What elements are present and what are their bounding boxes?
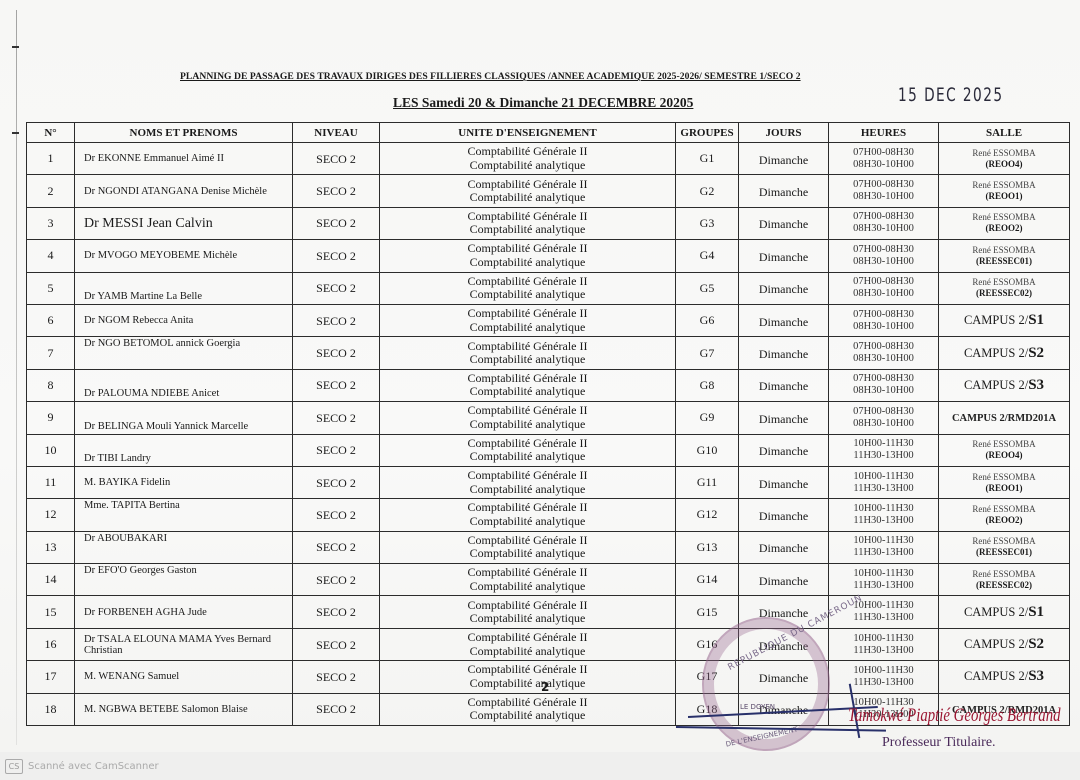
table-row: 8 Dr PALOUMA NDIEBE Anicet SECO 2 Compta…: [27, 369, 1070, 401]
salle-room: S3: [1028, 377, 1044, 393]
cell-name: Dr MESSI Jean Calvin: [75, 207, 293, 239]
cell-ue: Comptabilité Générale IIComptabilité ana…: [380, 661, 676, 693]
cell-salle: CAMPUS 2/RMD201A: [939, 402, 1070, 434]
header-groupes: GROUPES: [676, 123, 739, 143]
ue-line-1: Comptabilité Générale II: [380, 469, 675, 483]
cell-num: 5: [27, 272, 75, 304]
ue-line-1: Comptabilité Générale II: [380, 242, 675, 256]
ue-line-2: Comptabilité analytique: [380, 288, 675, 302]
cell-heures: 07H00-08H3008H30-10H00: [829, 337, 939, 369]
salle-campus: CAMPUS 2/: [964, 669, 1028, 683]
table-row: 4 Dr MVOGO MEYOBEME Michèle SECO 2 Compt…: [27, 240, 1070, 272]
salle-building: René ESSOMBA: [939, 439, 1069, 450]
cell-groupe: G10: [676, 434, 739, 466]
cell-heures: 07H00-08H3008H30-10H00: [829, 272, 939, 304]
heure-slot-2: 08H30-10H00: [829, 385, 938, 397]
table-row: 14 Dr EFO'O Georges Gaston SECO 2 Compta…: [27, 564, 1070, 596]
ue-line-1: Comptabilité Générale II: [380, 534, 675, 548]
cell-niveau: SECO 2: [293, 531, 380, 563]
salle-campus: CAMPUS 2/: [964, 378, 1028, 392]
cell-groupe: G3: [676, 207, 739, 239]
cell-num: 4: [27, 240, 75, 272]
cell-jour: Dimanche: [739, 564, 829, 596]
cell-heures: 07H00-08H3008H30-10H00: [829, 143, 939, 175]
cell-name: Dr TIBI Landry: [75, 434, 293, 466]
ue-line-2: Comptabilité analytique: [380, 450, 675, 464]
cell-salle: CAMPUS 2/S3: [939, 369, 1070, 401]
cell-groupe: G11: [676, 466, 739, 498]
cell-niveau: SECO 2: [293, 628, 380, 660]
heure-slot-2: 11H30-13H00: [829, 483, 938, 495]
cell-ue: Comptabilité Générale IIComptabilité ana…: [380, 304, 676, 336]
page-edge: [16, 10, 17, 745]
cell-ue: Comptabilité Générale IIComptabilité ana…: [380, 628, 676, 660]
cell-niveau: SECO 2: [293, 402, 380, 434]
heure-slot-2: 11H30-13H00: [829, 547, 938, 559]
ue-line-1: Comptabilité Générale II: [380, 501, 675, 515]
salle-room: (REOO4): [939, 159, 1069, 170]
cell-ue: Comptabilité Générale IIComptabilité ana…: [380, 499, 676, 531]
cell-jour: Dimanche: [739, 369, 829, 401]
heure-slot-2: 08H30-10H00: [829, 223, 938, 235]
table-row: 11 M. BAYIKA Fidelin SECO 2 Comptabilité…: [27, 466, 1070, 498]
cell-salle: René ESSOMBA (REOO1): [939, 466, 1070, 498]
cell-heures: 10H00-11H3011H30-13H00: [829, 466, 939, 498]
heure-slot-1: 10H00-11H30: [829, 568, 938, 580]
ue-line-1: Comptabilité Générale II: [380, 275, 675, 289]
table-row: 15 Dr FORBENEH AGHA Jude SECO 2 Comptabi…: [27, 596, 1070, 628]
heure-slot-1: 10H00-11H30: [829, 535, 938, 547]
ue-line-2: Comptabilité analytique: [380, 483, 675, 497]
ue-line-2: Comptabilité analytique: [380, 418, 675, 432]
page-number: 2: [541, 680, 549, 694]
heure-slot-2: 11H30-13H00: [829, 450, 938, 462]
header-ue: UNITE D'ENSEIGNEMENT: [380, 123, 676, 143]
heure-slot-1: 10H00-11H30: [829, 471, 938, 483]
cell-salle: CAMPUS 2/S1: [939, 596, 1070, 628]
cell-salle: René ESSOMBA (REOO1): [939, 175, 1070, 207]
cell-salle: CAMPUS 2/S3: [939, 661, 1070, 693]
cell-ue: Comptabilité Générale IIComptabilité ana…: [380, 337, 676, 369]
cell-num: 7: [27, 337, 75, 369]
cell-num: 11: [27, 466, 75, 498]
cell-num: 16: [27, 628, 75, 660]
edge-mark: [12, 132, 19, 134]
ue-line-2: Comptabilité analytique: [380, 321, 675, 335]
heure-slot-2: 08H30-10H00: [829, 256, 938, 268]
cell-name: Dr PALOUMA NDIEBE Anicet: [75, 369, 293, 401]
heure-slot-1: 07H00-08H30: [829, 179, 938, 191]
cell-heures: 07H00-08H3008H30-10H00: [829, 175, 939, 207]
table-row: 1 Dr EKONNE Emmanuel Aimé II SECO 2 Comp…: [27, 143, 1070, 175]
ue-line-1: Comptabilité Générale II: [380, 404, 675, 418]
cell-jour: Dimanche: [739, 175, 829, 207]
cell-groupe: G2: [676, 175, 739, 207]
ue-line-2: Comptabilité analytique: [380, 191, 675, 205]
cell-num: 3: [27, 207, 75, 239]
cell-ue: Comptabilité Générale IIComptabilité ana…: [380, 143, 676, 175]
heure-slot-1: 10H00-11H30: [829, 633, 938, 645]
cell-ue: Comptabilité Générale IIComptabilité ana…: [380, 402, 676, 434]
cell-groupe: G1: [676, 143, 739, 175]
cell-salle: René ESSOMBA (REOO2): [939, 207, 1070, 239]
cell-groupe: G7: [676, 337, 739, 369]
cell-niveau: SECO 2: [293, 369, 380, 401]
salle-room: (REESSEC01): [939, 547, 1069, 558]
heure-slot-2: 08H30-10H00: [829, 353, 938, 365]
header-niveau: NIVEAU: [293, 123, 380, 143]
cell-ue: Comptabilité Générale IIComptabilité ana…: [380, 272, 676, 304]
cell-jour: Dimanche: [739, 272, 829, 304]
heure-slot-2: 08H30-10H00: [829, 191, 938, 203]
header-heures: HEURES: [829, 123, 939, 143]
salle-campus: CAMPUS 2/: [964, 605, 1028, 619]
ue-line-2: Comptabilité analytique: [380, 256, 675, 270]
table-row: 7 Dr NGO BETOMOL annick Goergia SECO 2 C…: [27, 337, 1070, 369]
table-row: 10 Dr TIBI Landry SECO 2 Comptabilité Gé…: [27, 434, 1070, 466]
cell-name: Dr EKONNE Emmanuel Aimé II: [75, 143, 293, 175]
cell-salle: René ESSOMBA (REESSEC01): [939, 531, 1070, 563]
salle-room: (REESSEC02): [939, 580, 1069, 591]
ue-line-2: Comptabilité analytique: [380, 612, 675, 626]
salle-campus: CAMPUS 2/: [964, 346, 1028, 360]
cell-jour: Dimanche: [739, 240, 829, 272]
heure-slot-1: 07H00-08H30: [829, 147, 938, 159]
salle-building: René ESSOMBA: [939, 569, 1069, 580]
heure-slot-2: 11H30-13H00: [829, 580, 938, 592]
salle-room: S1: [1028, 604, 1044, 620]
table-row: 16 Dr TSALA ELOUNA MAMA Yves Bernard Chr…: [27, 628, 1070, 660]
cell-num: 10: [27, 434, 75, 466]
cell-name: M. NGBWA BETEBE Salomon Blaise: [75, 693, 293, 725]
cell-num: 6: [27, 304, 75, 336]
cell-heures: 10H00-11H3011H30-13H00: [829, 628, 939, 660]
cell-groupe: G14: [676, 564, 739, 596]
cell-ue: Comptabilité Générale IIComptabilité ana…: [380, 564, 676, 596]
salle-building: René ESSOMBA: [939, 536, 1069, 547]
cell-salle: René ESSOMBA (REESSEC02): [939, 564, 1070, 596]
salle-building: René ESSOMBA: [939, 212, 1069, 223]
ue-line-1: Comptabilité Générale II: [380, 372, 675, 386]
cell-heures: 10H00-11H3011H30-13H00: [829, 499, 939, 531]
cell-name: Mme. TAPITA Bertina: [75, 499, 293, 531]
cell-name: Dr TSALA ELOUNA MAMA Yves Bernard Christ…: [75, 628, 293, 660]
cell-jour: Dimanche: [739, 499, 829, 531]
salle-building: René ESSOMBA: [939, 504, 1069, 515]
cell-groupe: G15: [676, 596, 739, 628]
salle-room: (REOO2): [939, 223, 1069, 234]
ue-line-2: Comptabilité analytique: [380, 677, 675, 691]
cell-niveau: SECO 2: [293, 304, 380, 336]
ue-line-1: Comptabilité Générale II: [380, 696, 675, 710]
salle-room: (REOO1): [939, 483, 1069, 494]
signer-title: Professeur Titulaire.: [882, 735, 996, 751]
planning-table: N°NOMS ET PRENOMSNIVEAUUNITE D'ENSEIGNEM…: [26, 122, 1070, 726]
cell-jour: Dimanche: [739, 466, 829, 498]
cell-heures: 10H00-11H3011H30-13H00: [829, 434, 939, 466]
cell-name: Dr NGOM Rebecca Anita: [75, 304, 293, 336]
heure-slot-1: 07H00-08H30: [829, 244, 938, 256]
cell-name: Dr NGO BETOMOL annick Goergia: [75, 337, 293, 369]
cell-niveau: SECO 2: [293, 661, 380, 693]
cell-salle: CAMPUS 2/S2: [939, 628, 1070, 660]
cell-niveau: SECO 2: [293, 564, 380, 596]
heure-slot-2: 08H30-10H00: [829, 288, 938, 300]
ue-line-2: Comptabilité analytique: [380, 709, 675, 723]
cell-salle: René ESSOMBA (REOO2): [939, 499, 1070, 531]
header-jours: JOURS: [739, 123, 829, 143]
heure-slot-2: 08H30-10H00: [829, 159, 938, 171]
salle-room: (REESSEC01): [939, 256, 1069, 267]
cell-heures: 10H00-11H3011H30-13H00: [829, 564, 939, 596]
cell-niveau: SECO 2: [293, 143, 380, 175]
salle-room: (REOO2): [939, 515, 1069, 526]
cell-name: Dr BELINGA Mouli Yannick Marcelle: [75, 402, 293, 434]
cell-ue: Comptabilité Générale IIComptabilité ana…: [380, 434, 676, 466]
ue-line-1: Comptabilité Générale II: [380, 437, 675, 451]
cell-salle: René ESSOMBA (REESSEC02): [939, 272, 1070, 304]
cell-niveau: SECO 2: [293, 175, 380, 207]
heure-slot-1: 07H00-08H30: [829, 341, 938, 353]
heure-slot-2: 11H30-13H00: [829, 515, 938, 527]
heure-slot-1: 10H00-11H30: [829, 438, 938, 450]
ue-line-2: Comptabilité analytique: [380, 223, 675, 237]
cell-niveau: SECO 2: [293, 240, 380, 272]
heure-slot-2: 11H30-13H00: [829, 677, 938, 689]
cell-ue: Comptabilité Générale IIComptabilité ana…: [380, 207, 676, 239]
cell-groupe: G8: [676, 369, 739, 401]
camscanner-logo-icon: CS: [5, 759, 23, 774]
heure-slot-1: 07H00-08H30: [829, 406, 938, 418]
cell-num: 13: [27, 531, 75, 563]
cell-ue: Comptabilité Générale IIComptabilité ana…: [380, 531, 676, 563]
salle-building: René ESSOMBA: [939, 245, 1069, 256]
ue-line-2: Comptabilité analytique: [380, 580, 675, 594]
cell-num: 1: [27, 143, 75, 175]
cell-ue: Comptabilité Générale IIComptabilité ana…: [380, 466, 676, 498]
cell-niveau: SECO 2: [293, 499, 380, 531]
cell-heures: 07H00-08H3008H30-10H00: [829, 369, 939, 401]
cell-name: M. BAYIKA Fidelin: [75, 466, 293, 498]
salle-campus: CAMPUS 2/: [964, 313, 1028, 327]
ue-line-1: Comptabilité Générale II: [380, 145, 675, 159]
cell-num: 9: [27, 402, 75, 434]
cell-niveau: SECO 2: [293, 207, 380, 239]
heure-slot-1: 07H00-08H30: [829, 211, 938, 223]
cell-jour: Dimanche: [739, 207, 829, 239]
cell-name: Dr NGONDI ATANGANA Denise Michèle: [75, 175, 293, 207]
salle-room: S2: [1028, 636, 1044, 652]
heure-slot-1: 07H00-08H30: [829, 373, 938, 385]
salle-room: (REOO4): [939, 450, 1069, 461]
table-header-row: N°NOMS ET PRENOMSNIVEAUUNITE D'ENSEIGNEM…: [27, 123, 1070, 143]
cell-jour: Dimanche: [739, 531, 829, 563]
cell-jour: Dimanche: [739, 402, 829, 434]
cell-ue: Comptabilité Générale IIComptabilité ana…: [380, 240, 676, 272]
cell-groupe: G12: [676, 499, 739, 531]
cell-num: 12: [27, 499, 75, 531]
heure-slot-1: 07H00-08H30: [829, 276, 938, 288]
cell-groupe: G9: [676, 402, 739, 434]
cell-heures: 10H00-11H3011H30-13H00: [829, 661, 939, 693]
cell-name: Dr MVOGO MEYOBEME Michèle: [75, 240, 293, 272]
heure-slot-1: 07H00-08H30: [829, 309, 938, 321]
header-num: N°: [27, 123, 75, 143]
header-salle: SALLE: [939, 123, 1070, 143]
cell-name: M. WENANG Samuel: [75, 661, 293, 693]
salle-building: René ESSOMBA: [939, 472, 1069, 483]
scanner-watermark: Scanné avec CamScanner: [28, 761, 159, 772]
cell-num: 8: [27, 369, 75, 401]
cell-name: Dr ABOUBAKARI: [75, 531, 293, 563]
cell-groupe: G13: [676, 531, 739, 563]
cell-niveau: SECO 2: [293, 596, 380, 628]
ue-line-2: Comptabilité analytique: [380, 645, 675, 659]
table-row: 6 Dr NGOM Rebecca Anita SECO 2 Comptabil…: [27, 304, 1070, 336]
seal-label: LE DOYEN: [740, 703, 775, 711]
ue-line-1: Comptabilité Générale II: [380, 566, 675, 580]
heure-slot-2: 08H30-10H00: [829, 321, 938, 333]
cell-niveau: SECO 2: [293, 693, 380, 725]
edge-mark: [12, 46, 19, 48]
cell-num: 18: [27, 693, 75, 725]
ue-line-2: Comptabilité analytique: [380, 159, 675, 173]
cell-ue: Comptabilité Générale IIComptabilité ana…: [380, 175, 676, 207]
cell-groupe: G5: [676, 272, 739, 304]
salle-campus: CAMPUS 2/: [964, 637, 1028, 651]
cell-salle: René ESSOMBA (REOO4): [939, 434, 1070, 466]
salle-building: René ESSOMBA: [939, 180, 1069, 191]
date-stamp: 15 DEC 2025: [898, 84, 1003, 106]
salle-room: (REESSEC02): [939, 288, 1069, 299]
ue-line-1: Comptabilité Générale II: [380, 307, 675, 321]
ue-line-1: Comptabilité Générale II: [380, 178, 675, 192]
ue-line-2: Comptabilité analytique: [380, 515, 675, 529]
cell-salle: CAMPUS 2/S1: [939, 304, 1070, 336]
cell-groupe: G4: [676, 240, 739, 272]
cell-num: 17: [27, 661, 75, 693]
signer-name: Tamokwé Piaptié Georges Bertrand: [848, 705, 1061, 727]
salle-room: (REOO1): [939, 191, 1069, 202]
ue-line-1: Comptabilité Générale II: [380, 340, 675, 354]
cell-niveau: SECO 2: [293, 272, 380, 304]
salle-building: René ESSOMBA: [939, 277, 1069, 288]
document-title: PLANNING DE PASSAGE DES TRAVAUX DIRIGES …: [180, 71, 940, 82]
salle-room: S3: [1028, 668, 1044, 684]
cell-niveau: SECO 2: [293, 434, 380, 466]
salle-building: René ESSOMBA: [939, 148, 1069, 159]
table-row: 12 Mme. TAPITA Bertina SECO 2 Comptabili…: [27, 499, 1070, 531]
heure-slot-1: 10H00-11H30: [829, 665, 938, 677]
salle-room: S2: [1028, 345, 1044, 361]
cell-heures: 07H00-08H3008H30-10H00: [829, 240, 939, 272]
cell-salle: René ESSOMBA (REOO4): [939, 143, 1070, 175]
cell-num: 15: [27, 596, 75, 628]
scanner-footer: CS Scanné avec CamScanner: [0, 752, 1080, 780]
table-row: 13 Dr ABOUBAKARI SECO 2 Comptabilité Gén…: [27, 531, 1070, 563]
cell-niveau: SECO 2: [293, 337, 380, 369]
cell-heures: 07H00-08H3008H30-10H00: [829, 207, 939, 239]
table-row: 9 Dr BELINGA Mouli Yannick Marcelle SECO…: [27, 402, 1070, 434]
table-row: 5 Dr YAMB Martine La Belle SECO 2 Compta…: [27, 272, 1070, 304]
cell-jour: Dimanche: [739, 304, 829, 336]
cell-groupe: G6: [676, 304, 739, 336]
heure-slot-2: 11H30-13H00: [829, 612, 938, 624]
table-row: 3 Dr MESSI Jean Calvin SECO 2 Comptabili…: [27, 207, 1070, 239]
cell-heures: 07H00-08H3008H30-10H00: [829, 402, 939, 434]
heure-slot-2: 11H30-13H00: [829, 645, 938, 657]
cell-ue: Comptabilité Générale IIComptabilité ana…: [380, 596, 676, 628]
cell-salle: René ESSOMBA (REESSEC01): [939, 240, 1070, 272]
heure-slot-1: 10H00-11H30: [829, 503, 938, 515]
header-name: NOMS ET PRENOMS: [75, 123, 293, 143]
cell-heures: 10H00-11H3011H30-13H00: [829, 531, 939, 563]
heure-slot-2: 08H30-10H00: [829, 418, 938, 430]
ue-line-1: Comptabilité Générale II: [380, 663, 675, 677]
table-row: 2 Dr NGONDI ATANGANA Denise Michèle SECO…: [27, 175, 1070, 207]
ue-line-1: Comptabilité Générale II: [380, 631, 675, 645]
ue-line-2: Comptabilité analytique: [380, 385, 675, 399]
cell-num: 2: [27, 175, 75, 207]
cell-num: 14: [27, 564, 75, 596]
cell-heures: 07H00-08H3008H30-10H00: [829, 304, 939, 336]
cell-jour: Dimanche: [739, 434, 829, 466]
cell-jour: Dimanche: [739, 337, 829, 369]
document-subtitle: LES Samedi 20 & Dimanche 21 DECEMBRE 202…: [393, 95, 693, 111]
ue-line-1: Comptabilité Générale II: [380, 599, 675, 613]
cell-niveau: SECO 2: [293, 466, 380, 498]
cell-name: Dr EFO'O Georges Gaston: [75, 564, 293, 596]
cell-name: Dr YAMB Martine La Belle: [75, 272, 293, 304]
cell-ue: Comptabilité Générale IIComptabilité ana…: [380, 369, 676, 401]
salle-room: S1: [1028, 312, 1044, 328]
ue-line-1: Comptabilité Générale II: [380, 210, 675, 224]
cell-salle: CAMPUS 2/S2: [939, 337, 1070, 369]
table-body: 1 Dr EKONNE Emmanuel Aimé II SECO 2 Comp…: [27, 143, 1070, 726]
ue-line-2: Comptabilité analytique: [380, 353, 675, 367]
cell-name: Dr FORBENEH AGHA Jude: [75, 596, 293, 628]
ue-line-2: Comptabilité analytique: [380, 547, 675, 561]
cell-jour: Dimanche: [739, 143, 829, 175]
cell-ue: Comptabilité Générale IIComptabilité ana…: [380, 693, 676, 725]
scanned-page: PLANNING DE PASSAGE DES TRAVAUX DIRIGES …: [0, 0, 1080, 752]
